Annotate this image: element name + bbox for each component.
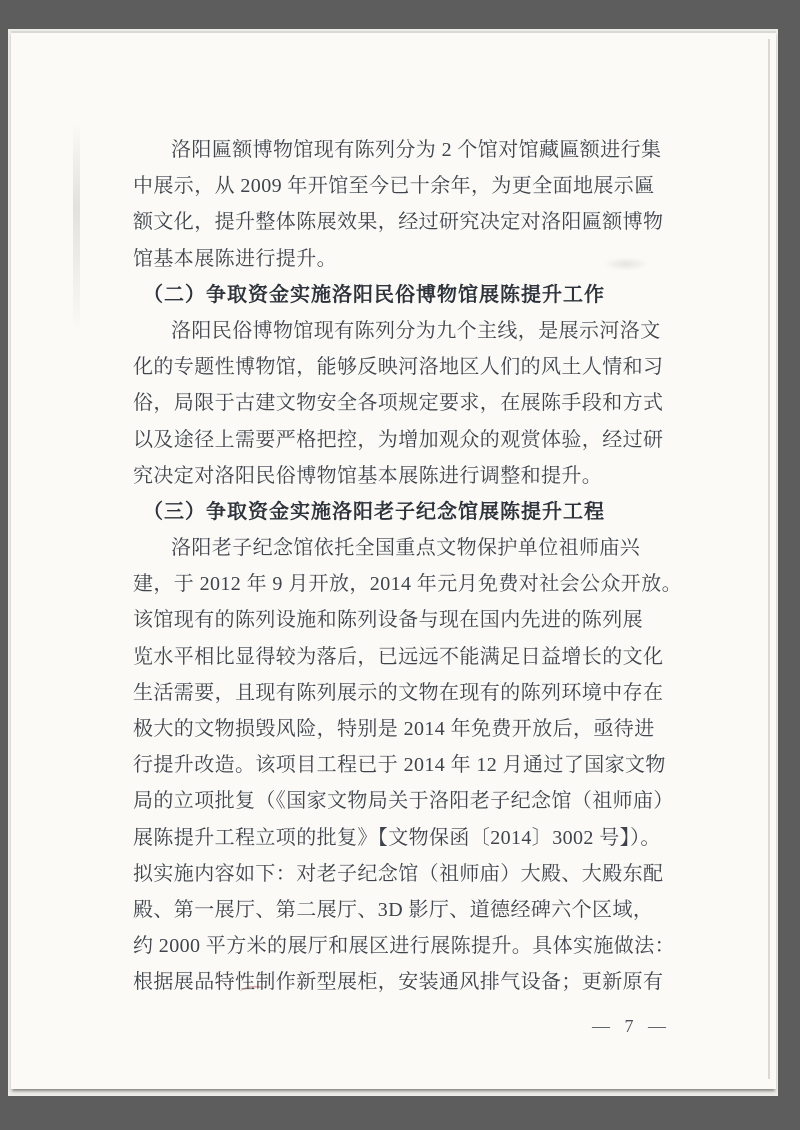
section-heading-3: （三）争取资金实施洛阳老子纪念馆展陈提升工程 [133, 494, 667, 530]
text-line: 生活需要，且现有陈列展示的文物在现有的陈列环境中存在 [133, 675, 667, 711]
text-line: 该馆现有的陈列设施和陈列设备与现在国内先进的陈列展 [133, 602, 667, 638]
page-number: — 7 — [592, 1016, 671, 1037]
text-line: 俗，局限于古建文物安全各项规定要求，在展陈手段和方式 [133, 385, 667, 421]
text-line: 洛阳老子纪念馆依托全国重点文物保护单位祖师庙兴 [133, 530, 667, 566]
text-line: 拟实施内容如下：对老子纪念馆（祖师庙）大殿、大殿东配 [133, 856, 667, 892]
section-heading-2: （二）争取资金实施洛阳民俗博物馆展陈提升工作 [133, 277, 667, 313]
text-line: 洛阳匾额博物馆现有陈列分为 2 个馆对馆藏匾额进行集 [133, 132, 667, 168]
scan-streak-artifact [73, 123, 80, 333]
text-line: 局的立项批复（《国家文物局关于洛阳老子纪念馆（祖师庙） [133, 783, 667, 819]
text-line: 洛阳民俗博物馆现有陈列分为九个主线，是展示河洛文 [133, 313, 667, 349]
document-body: 洛阳匾额博物馆现有陈列分为 2 个馆对馆藏匾额进行集 中展示，从 2009 年开… [133, 132, 667, 1001]
scanned-document-background: 洛阳匾额博物馆现有陈列分为 2 个馆对馆藏匾额进行集 中展示，从 2009 年开… [0, 0, 800, 1130]
text-line: 约 2000 平方米的展厅和展区进行展陈提升。具体实施做法： [133, 928, 667, 964]
text-line: 化的专题性博物馆，能够反映河洛地区人们的风土人情和习 [133, 349, 667, 385]
text-line: 展陈提升工程立项的批复》【文物保函〔2014〕3002 号】）。 [133, 820, 667, 856]
document-page: 洛阳匾额博物馆现有陈列分为 2 个馆对馆藏匾额进行集 中展示，从 2009 年开… [11, 31, 776, 1089]
text-line: 根据展品特性制作新型展柜，安装通风排气设备；更新原有 [133, 964, 667, 1000]
text-line: 行提升改造。该项目工程已于 2014 年 12 月通过了国家文物 [133, 747, 667, 783]
text-line: 览水平相比显得较为落后，已远远不能满足日益增长的文化 [133, 639, 667, 675]
text-line: 究决定对洛阳民俗博物馆基本展陈进行调整和提升。 [133, 458, 667, 494]
text-line: 殿、第一展厅、第二展厅、3D 影厅、道德经碑六个区域， [133, 892, 667, 928]
text-line: 以及途径上需要严格把控，为增加观众的观赏体验，经过研 [133, 422, 667, 458]
text-line: 极大的文物损毁风险，特别是 2014 年免费开放后，亟待进 [133, 711, 667, 747]
page-edge-shadow [768, 39, 770, 1079]
text-line: 中展示，从 2009 年开馆至今已十余年，为更全面地展示匾 [133, 168, 667, 204]
text-line: 馆基本展陈进行提升。 [133, 241, 667, 277]
text-line: 建，于 2012 年 9 月开放，2014 年元月免费对社会公众开放。 [133, 566, 667, 602]
text-line: 额文化，提升整体陈展效果，经过研究决定对洛阳匾额博物 [133, 204, 667, 240]
